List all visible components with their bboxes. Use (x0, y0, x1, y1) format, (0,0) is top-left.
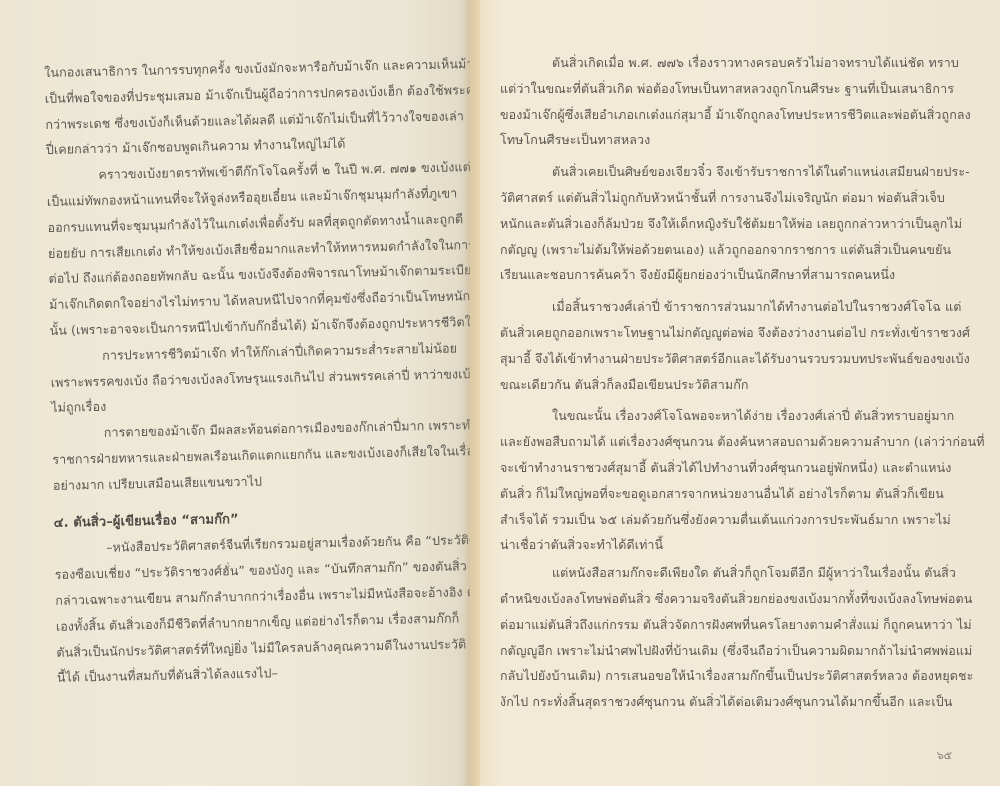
text-line: กลับไปยังบ้านเดิม) การเสนอขอให้นำเรื่องส… (500, 663, 970, 689)
text-line: ขณะเดียวกัน ตันสิ่วก็ลงมือเขียนประวัติสา… (500, 372, 970, 398)
text-line: ตันสิ่วเคยเป็นศิษย์ของเจียวจิ๋ว จึงเข้าร… (500, 159, 970, 185)
right-page-body: ตันสิ่วเกิดเมื่อ พ.ศ. ๗๗๖ เรื่องราวทางคร… (500, 30, 970, 715)
text-line: แต่หนังสือสามก๊กจะดีเพียงใด ตันสิ่วก็ถูก… (500, 560, 970, 586)
text-line: หนักและตันสิ่วเองก็ล้มป่วย จึงให้เด็กหญิ… (500, 211, 970, 237)
text-line: สำเร็จได้ รวมเป็น ๖๕ เล่มด้วยกันซึ่งยังค… (500, 507, 970, 533)
text-line: กตัญญู (เพราะไม่ต้มให้พ่อด้วยตนเอง) แล้ว… (500, 237, 970, 263)
text-line: แต่ว่าในขณะที่ตันสิ่วเกิด พ่อต้องโทษเป็น… (500, 76, 970, 102)
text-line: ตำหนิขงเบ้งลงโทษพ่อตันสิ่ว ซึ่งความจริงต… (500, 586, 970, 612)
text-line: กตัญญูอีก เพราะไม่นำศพไปฝังที่บ้านเดิม (… (500, 638, 970, 664)
text-line: ในขณะนั้น เรื่องวงศ์โจโฉพอจะหาได้ง่าย เร… (500, 403, 970, 429)
text-line: เรียนและชอบการค้นคว้า จึงยังมีผู้ยกย่องว… (500, 262, 970, 288)
book-spread: ในกองเสนาธิการ ในการรบทุกครั้ง ขงเบ้งมัก… (0, 0, 1000, 786)
text-line: วัติศาสตร์ แต่ตันสิ่วไม่ถูกกับหัวหน้าชั้… (500, 185, 970, 211)
text-line: และยังพอสืบถามได้ แต่เรื่องวงศ์ซุนกวน ต้… (500, 429, 970, 455)
right-page: ตันสิ่วเกิดเมื่อ พ.ศ. ๗๗๖ เรื่องราวทางคร… (470, 0, 1000, 786)
text-line: ต่อมาแม่ตันสิ่วถึงแก่กรรม ตันสิ่วจัดการฝ… (500, 612, 970, 638)
text-line: ตันสิ่วเกิดเมื่อ พ.ศ. ๗๗๖ เรื่องราวทางคร… (500, 50, 970, 76)
text-line: โทษโกนศีรษะเป็นทาสหลวง (500, 127, 970, 153)
spacer (500, 30, 970, 50)
text-line: ตันสิ่ว ก็ไม่ใหญ่พอที่จะขอดูเอกสารจากหน่… (500, 481, 970, 507)
text-line: จะเข้าทำงานราชวงศ์สุมาอี้ ตันสิ่วได้ไปทำ… (500, 455, 970, 481)
text-line: งักไป กระทั่งสิ้นสุดราชวงศ์ซุนกวน ตันสิ่… (500, 689, 970, 715)
text-line: สุมาอี้ จึงได้เข้าทำงานฝ่ายประวัติศาสตร์… (500, 346, 970, 372)
page-number: ๖๕ (937, 746, 952, 764)
text-line: ตันสิ่วเคยถูกออกเพราะโทษฐานไม่กตัญญูต่อพ… (500, 320, 970, 346)
left-page: ในกองเสนาธิการ ในการรบทุกครั้ง ขงเบ้งมัก… (0, 0, 470, 786)
text-line: ของม้าเจ๊กผู้ซึ่งเสียอำเภอเกเต๋งแก่สุมาอ… (500, 102, 970, 128)
text-line: น่าเชื่อว่าตันสิ่วจะทำได้ดีเท่านี้ (500, 532, 970, 558)
text-line: เมื่อสิ้นราชวงศ์เล่าปี่ ข้าราชการส่วนมาก… (500, 294, 970, 320)
left-page-body: ในกองเสนาธิการ ในการรบทุกครั้ง ขงเบ้งมัก… (44, 51, 470, 691)
